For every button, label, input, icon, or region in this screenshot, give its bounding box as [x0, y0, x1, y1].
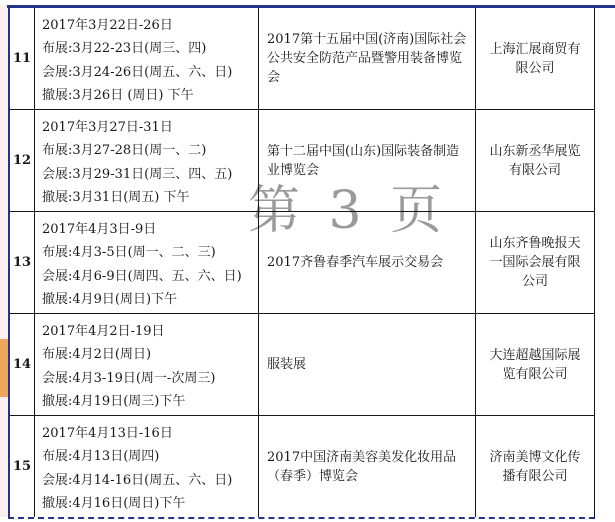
schedule-line-overall: 2017年4月3日-9日: [42, 218, 256, 237]
schedule-line-overall: 2017年4月13日-16日: [42, 422, 256, 441]
schedule-cell: 2017年4月3日-9日 布展:4月3-5日(周一、二、三) 会展:4月6-9日…: [35, 212, 259, 313]
schedule-line-setup: 布展:4月2日(周日): [42, 343, 256, 362]
schedule-line-show: 会展:4月3-19日(周一-次周三): [42, 367, 256, 386]
schedule-cell: 2017年3月22日-26日 布展:3月22-23日(周三、四) 会展:3月24…: [35, 8, 259, 109]
row-number-cell: 11: [10, 8, 35, 109]
organizer-cell: 大连超越国际展览有限公司: [476, 314, 594, 415]
schedule-cell: 2017年3月27日-31日 布展:3月27-28日(周一、二) 会展:3月29…: [35, 110, 259, 211]
schedule-line-overall: 2017年3月22日-26日: [42, 14, 256, 33]
exhibition-schedule-table: 11 2017年3月22日-26日 布展:3月22-23日(周三、四) 会展:3…: [8, 8, 595, 519]
organizer-cell: 山东新丞华展览有限公司: [476, 110, 594, 211]
schedule-line-teardown: 撤展:4月19日(周三)下午: [42, 390, 256, 409]
exhibition-name-cell: 服装展: [259, 314, 476, 415]
exhibition-name-cell: 2017第十五届中国(济南)国际社会公共安全防范产品暨警用装备博览会: [259, 8, 476, 109]
schedule-line-setup: 布展:3月22-23日(周三、四): [42, 37, 256, 56]
row-number-cell: 15: [10, 416, 35, 517]
row-number-cell: 13: [10, 212, 35, 313]
table-row: 15 2017年4月13日-16日 布展:4月13日(周四) 会展:4月14-1…: [10, 415, 594, 517]
schedule-line-setup: 布展:3月27-28日(周一、二): [42, 139, 256, 158]
schedule-cell: 2017年4月2日-19日 布展:4月2日(周日) 会展:4月3-19日(周一-…: [35, 314, 259, 415]
schedule-line-show: 会展:3月24-26日(周五、六、日): [42, 61, 256, 80]
table-row: 14 2017年4月2日-19日 布展:4月2日(周日) 会展:4月3-19日(…: [10, 313, 594, 415]
schedule-line-teardown: 撤展:4月16日(周日)下午: [42, 492, 256, 511]
row-number-cell: 14: [10, 314, 35, 415]
row-number-cell: 12: [10, 110, 35, 211]
schedule-line-setup: 布展:4月13日(周四): [42, 445, 256, 464]
exhibition-name-cell: 2017中国济南美容美发化妆用品（春季）博览会: [259, 416, 476, 517]
schedule-line-show: 会展:4月14-16日(周五、六、日): [42, 469, 256, 488]
left-margin-tint: [0, 5, 8, 517]
schedule-cell: 2017年4月13日-16日 布展:4月13日(周四) 会展:4月14-16日(…: [35, 416, 259, 517]
table-row: 12 2017年3月27日-31日 布展:3月27-28日(周一、二) 会展:3…: [10, 109, 594, 211]
schedule-line-show: 会展:3月29-31日(周三、四、五): [42, 163, 256, 182]
schedule-line-setup: 布展:4月3-5日(周一、二、三): [42, 241, 256, 260]
organizer-cell: 山东齐鲁晚报天一国际会展有限公司: [476, 212, 594, 313]
schedule-line-teardown: 撤展:4月9日(周日)下午: [42, 288, 256, 307]
schedule-line-overall: 2017年4月2日-19日: [42, 320, 256, 339]
schedule-line-teardown: 撤展:3月31日(周五) 下午: [42, 186, 256, 205]
schedule-line-overall: 2017年3月27日-31日: [42, 116, 256, 135]
left-margin-orange-marker: [0, 339, 8, 397]
organizer-cell: 上海汇展商贸有限公司: [476, 8, 594, 109]
scanned-schedule-page: { "watermark": { "text": "第 3 页" }, "col…: [0, 0, 615, 522]
table-row: 13 2017年4月3日-9日 布展:4月3-5日(周一、二、三) 会展:4月6…: [10, 211, 594, 313]
schedule-line-show: 会展:4月6-9日(周四、五、六、日): [42, 265, 256, 284]
organizer-cell: 济南美博文化传播有限公司: [476, 416, 594, 517]
exhibition-name-cell: 2017齐鲁春季汽车展示交易会: [259, 212, 476, 313]
table-top-rule: [7, 5, 615, 8]
schedule-line-teardown: 撤展:3月26日 (周日) 下午: [42, 84, 256, 103]
table-row: 11 2017年3月22日-26日 布展:3月22-23日(周三、四) 会展:3…: [10, 8, 594, 109]
exhibition-name-cell: 第十二届中国(山东)国际装备制造业博览会: [259, 110, 476, 211]
